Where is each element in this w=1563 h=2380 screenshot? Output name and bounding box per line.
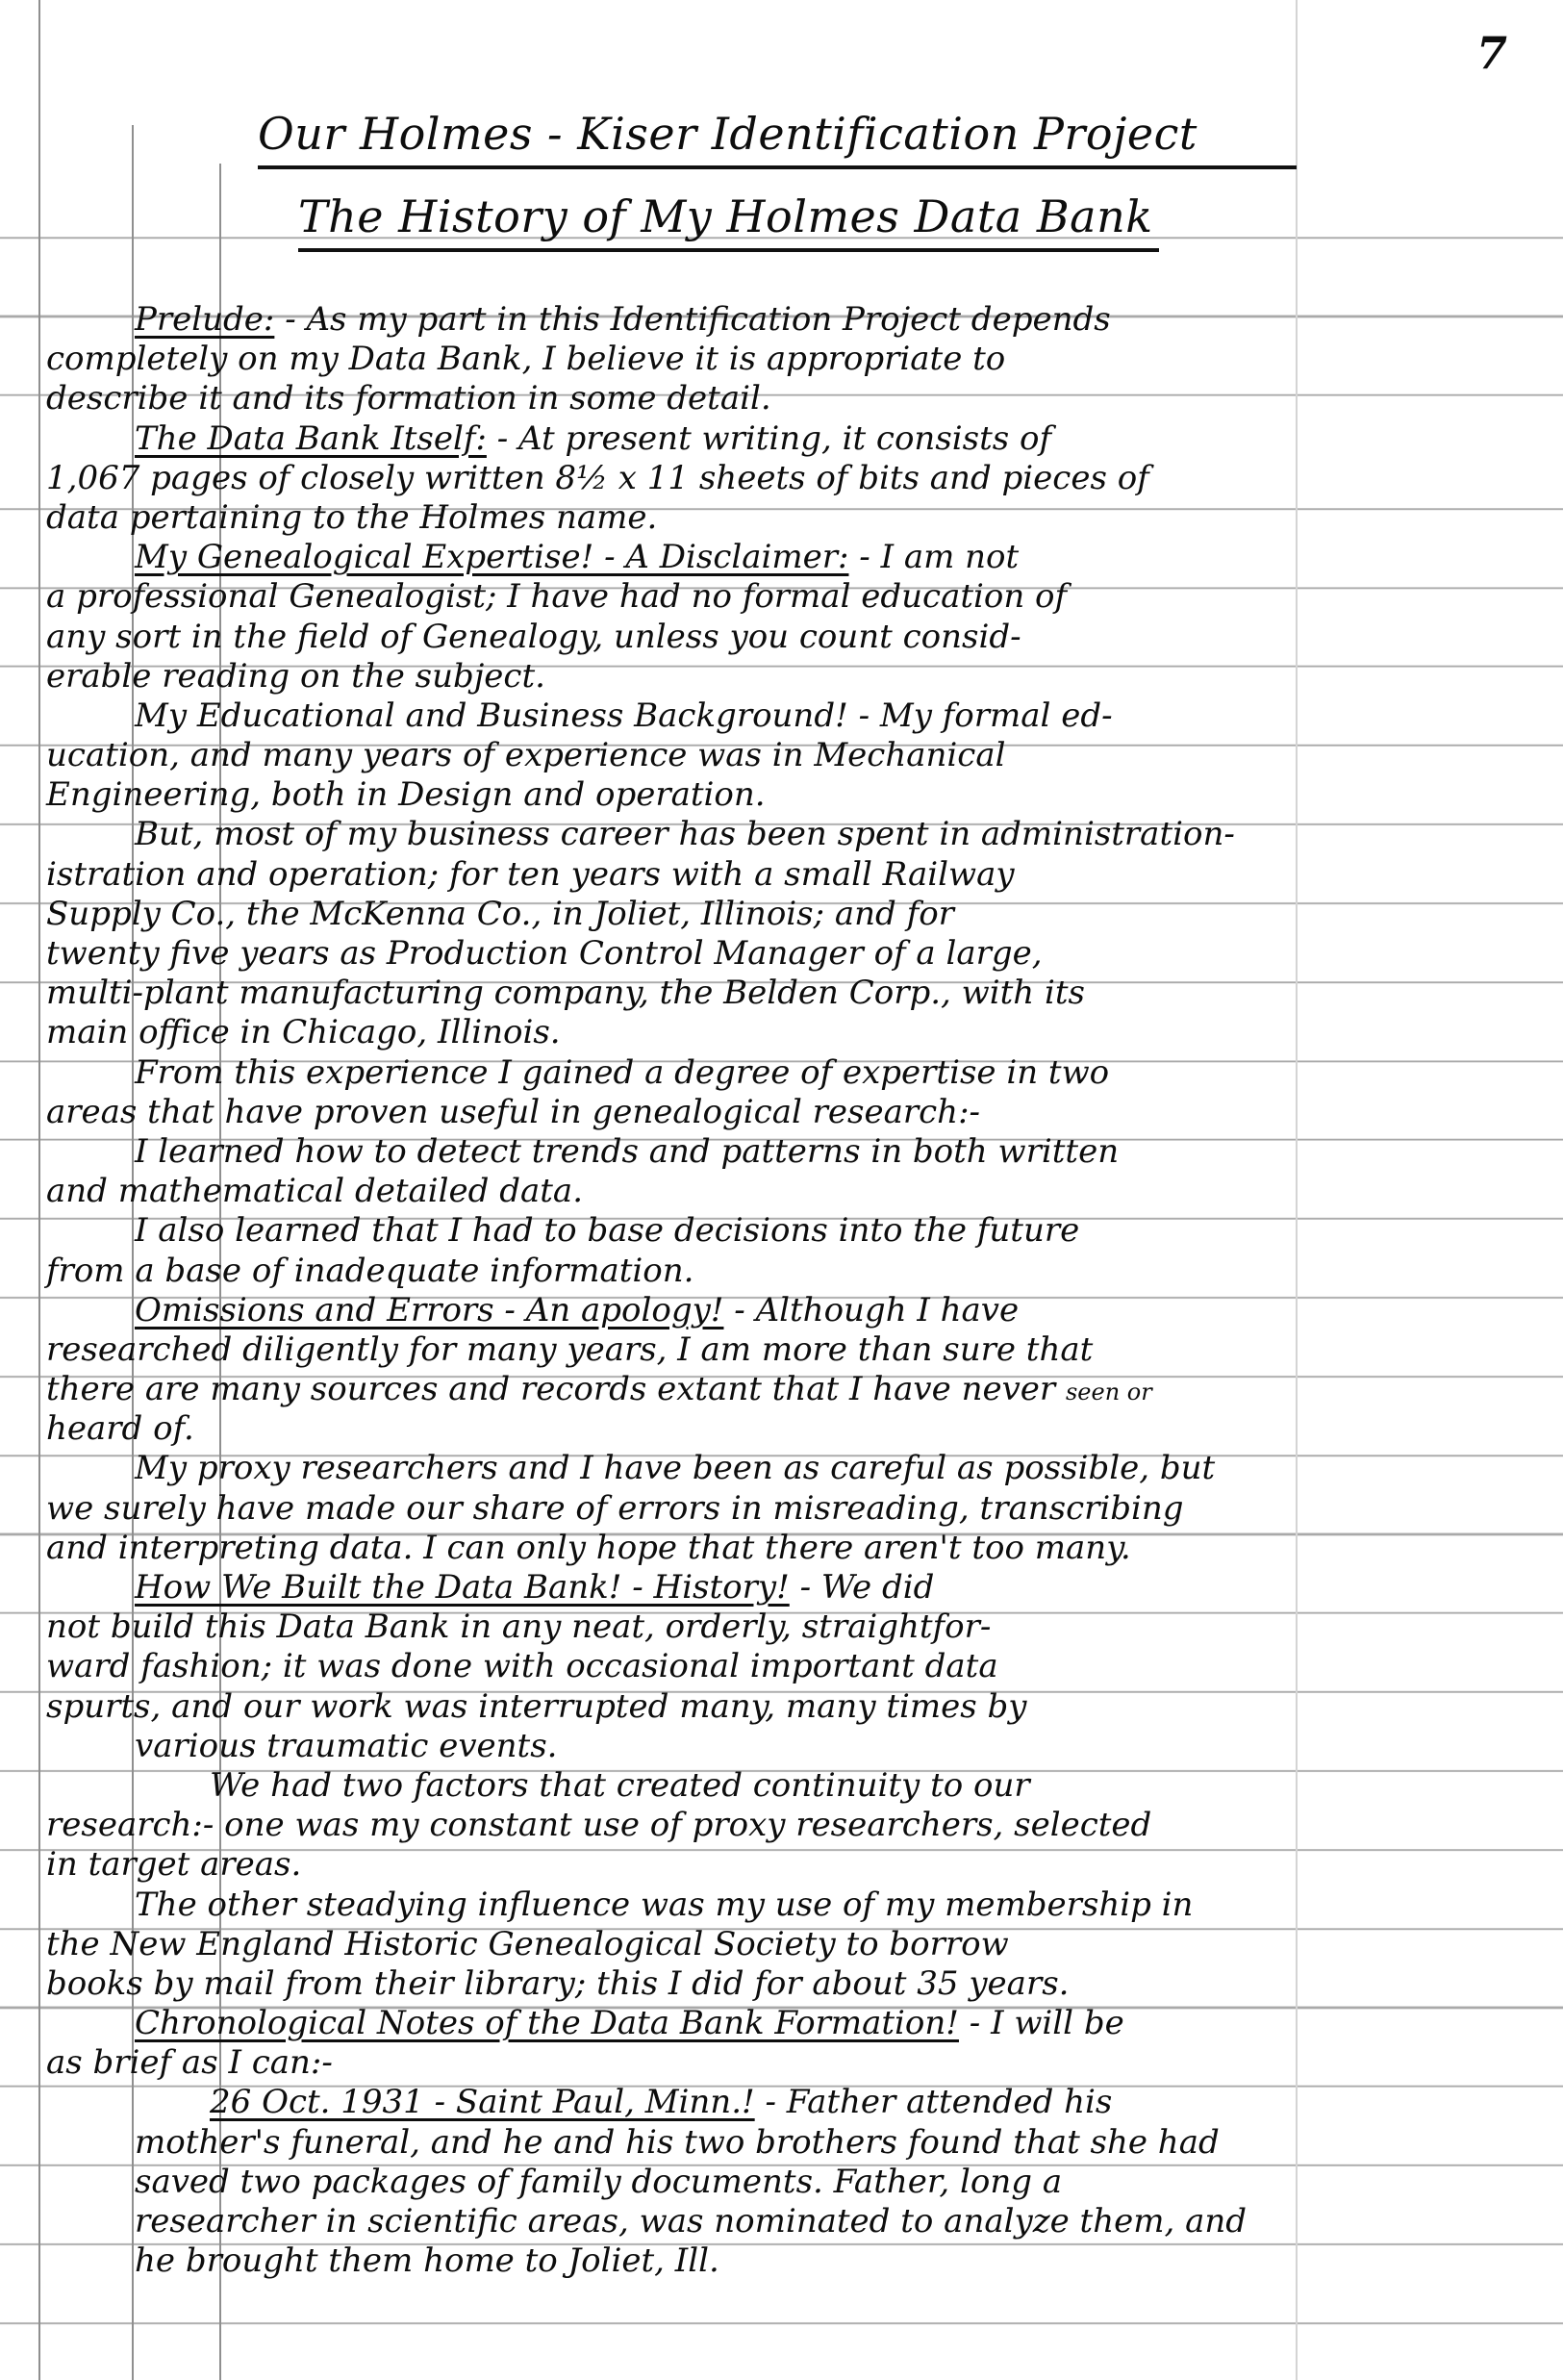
- paragraph-line: Chronological Notes of the Data Bank For…: [46, 2004, 1518, 2043]
- paragraph-line: Engineering, both in Design and operatio…: [46, 775, 1518, 815]
- paragraph-line: spurts, and our work was interrupted man…: [46, 1687, 1518, 1727]
- section-heading: The Data Bank Itself:: [135, 419, 487, 458]
- paragraph-line: erable reading on the subject.: [46, 657, 1518, 696]
- paragraph-line: We had two factors that created continui…: [46, 1766, 1518, 1806]
- paragraph-line: main office in Chicago, Illinois.: [46, 1013, 1518, 1052]
- section-heading: Prelude:: [135, 300, 274, 339]
- handwritten-body: Prelude: - As my part in this Identifica…: [46, 300, 1518, 2281]
- paragraph-line: Prelude: - As my part in this Identifica…: [46, 300, 1518, 340]
- section-heading: Chronological Notes of the Data Bank For…: [135, 2004, 959, 2042]
- date-heading: 26 Oct. 1931 - Saint Paul, Minn.!: [210, 2083, 755, 2121]
- paragraph-line: I also learned that I had to base decisi…: [46, 1211, 1518, 1251]
- paragraph-line: various traumatic events.: [46, 1727, 1518, 1766]
- paragraph-line: we surely have made our share of errors …: [46, 1489, 1518, 1529]
- paragraph-line: data pertaining to the Holmes name.: [46, 498, 1518, 538]
- paragraph-line: saved two packages of family documents. …: [46, 2163, 1518, 2202]
- section-heading: Omissions and Errors - An apology!: [135, 1291, 723, 1329]
- paragraph-line: heard of.: [46, 1409, 1518, 1449]
- paragraph-line: mother's funeral, and he and his two bro…: [46, 2123, 1518, 2163]
- paragraph-line: and interpreting data. I can only hope t…: [46, 1529, 1518, 1568]
- paragraph-line: researched diligently for many years, I …: [46, 1330, 1518, 1370]
- page-subtitle: The History of My Holmes Data Bank: [298, 190, 1159, 252]
- paragraph-line: and mathematical detailed data.: [46, 1172, 1518, 1211]
- paragraph-line: The other steadying influence was my use…: [46, 1886, 1518, 1925]
- section-heading: My Educational and Business Background!: [135, 696, 848, 735]
- section-heading: My Genealogical Expertise! - A Disclaime…: [135, 538, 848, 576]
- paragraph-line: as brief as I can:-: [46, 2043, 1518, 2083]
- paragraph-line: My Genealogical Expertise! - A Disclaime…: [46, 538, 1518, 577]
- paragraph-line: not build this Data Bank in any neat, or…: [46, 1608, 1518, 1647]
- paragraph-line: any sort in the field of Genealogy, unle…: [46, 618, 1518, 657]
- paragraph-line: there are many sources and records extan…: [46, 1370, 1518, 1409]
- paragraph-line: Omissions and Errors - An apology! - Alt…: [46, 1291, 1518, 1330]
- paragraph-line: in target areas.: [46, 1845, 1518, 1885]
- paragraph-line: The Data Bank Itself: - At present writi…: [46, 419, 1518, 459]
- paragraph-line: From this experience I gained a degree o…: [46, 1053, 1518, 1093]
- paragraph-line: books by mail from their library; this I…: [46, 1964, 1518, 2004]
- paragraph-line: How We Built the Data Bank! - History! -…: [46, 1568, 1518, 1608]
- page-number: 7: [1476, 27, 1507, 79]
- left-margin-line: [38, 0, 40, 2380]
- paragraph-line: areas that have proven useful in genealo…: [46, 1093, 1518, 1132]
- paragraph-line: My proxy researchers and I have been as …: [46, 1449, 1518, 1488]
- paragraph-line: ward fashion; it was done with occasiona…: [46, 1647, 1518, 1686]
- paragraph-line: research:- one was my constant use of pr…: [46, 1806, 1518, 1845]
- paragraph-line: 1,067 pages of closely written 8½ x 11 s…: [46, 459, 1518, 498]
- paragraph-line: completely on my Data Bank, I believe it…: [46, 340, 1518, 379]
- paragraph-line: he brought them home to Joliet, Ill.: [46, 2241, 1518, 2281]
- page-title: Our Holmes - Kiser Identification Projec…: [258, 108, 1297, 169]
- paragraph-line: My Educational and Business Background! …: [46, 696, 1518, 736]
- paragraph-line: 26 Oct. 1931 - Saint Paul, Minn.! - Fath…: [46, 2083, 1518, 2122]
- paragraph-line: researcher in scientific areas, was nomi…: [46, 2202, 1518, 2241]
- paragraph-line: Supply Co., the McKenna Co., in Joliet, …: [46, 895, 1518, 934]
- paragraph-line: multi-plant manufacturing company, the B…: [46, 974, 1518, 1013]
- paragraph-line: But, most of my business career has been…: [46, 815, 1518, 854]
- paragraph-line: I learned how to detect trends and patte…: [46, 1132, 1518, 1172]
- paragraph-line: describe it and its formation in some de…: [46, 379, 1518, 418]
- paragraph-line: from a base of inadequate information.: [46, 1252, 1518, 1291]
- paragraph-line: istration and operation; for ten years w…: [46, 855, 1518, 895]
- paragraph-line: the New England Historic Genealogical So…: [46, 1925, 1518, 1964]
- paragraph-line: ucation, and many years of experience wa…: [46, 736, 1518, 775]
- paragraph-line: a professional Genealogist; I have had n…: [46, 577, 1518, 617]
- section-heading: How We Built the Data Bank! - History!: [135, 1568, 790, 1607]
- paragraph-line: twenty five years as Production Control …: [46, 934, 1518, 974]
